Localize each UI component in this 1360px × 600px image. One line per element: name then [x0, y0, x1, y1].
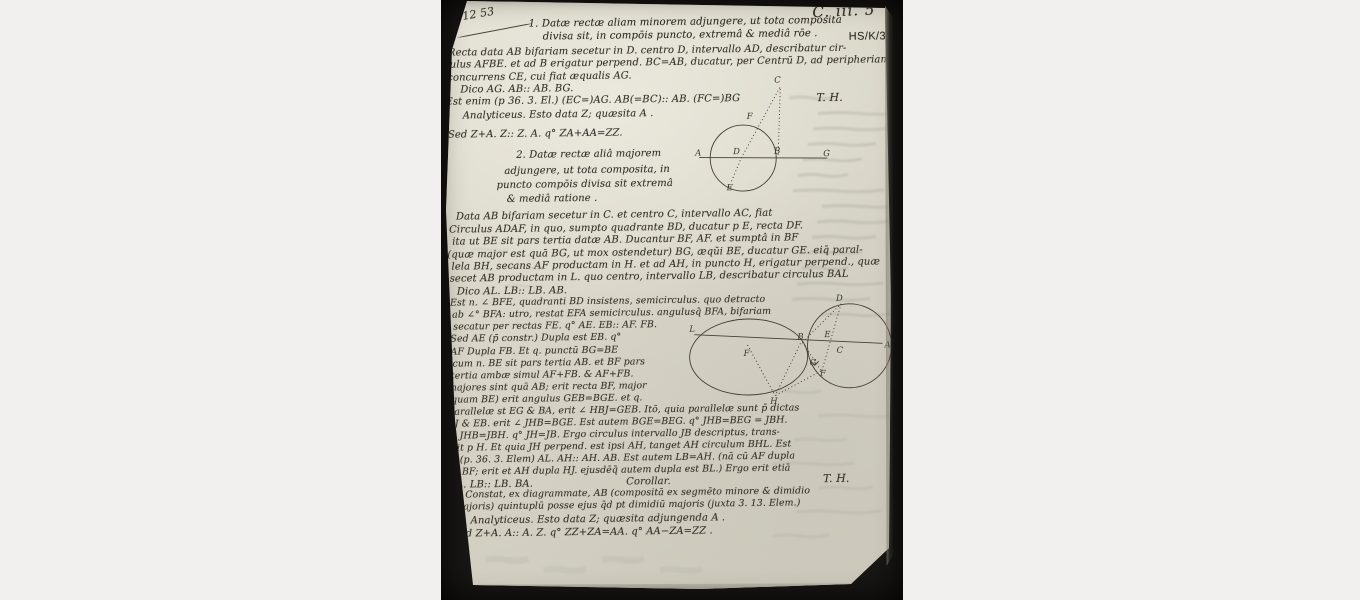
manuscript-line: secatur per rectas FE. q° AE. EB:: AF. F…	[453, 320, 657, 333]
point-label-D: D	[835, 294, 843, 304]
manuscript-line: & mediâ ratione .	[507, 193, 598, 205]
page-content: 12 53 C. iii. 5 HS/K/3/5 1. Datæ rectæ a…	[440, 0, 909, 600]
folio-underline-stroke	[457, 23, 532, 38]
point-label-D: D	[732, 147, 740, 157]
problem1-title-line: divisa sit, in compōis puncto, extremâ &…	[543, 28, 818, 43]
manuscript-photo: 12 53 C. iii. 5 HS/K/3/5 1. Datæ rectæ a…	[441, 0, 903, 600]
manuscript-line: adjungere, ut tota composita, in	[504, 164, 670, 177]
point-label-E: E	[726, 183, 734, 193]
manuscript-line: majoris) quintuplū posse ejus q̄d pt dim…	[454, 498, 800, 513]
point-label-L: L	[688, 325, 695, 335]
manuscript-line: sit BF; erit et AH dupla HJ. ejusdēq̄ au…	[447, 463, 791, 478]
author-initials: T. H.	[823, 473, 849, 485]
archive-image-view: 12 53 C. iii. 5 HS/K/3/5 1. Datæ rectæ a…	[0, 0, 1360, 600]
diagram-circle-2: L F B E C A D H G F	[683, 290, 899, 413]
point-label-F: F	[743, 349, 751, 359]
manuscript-line: Sed AE (p̄ constr.) Dupla est EB. q°	[450, 333, 621, 345]
manuscript-line: concurrens CE, cui fiat æqualis AG.	[447, 70, 632, 83]
point-label-A: A	[694, 149, 701, 159]
manuscript-page: 12 53 C. iii. 5 HS/K/3/5 1. Datæ rectæ a…	[441, 0, 903, 600]
manuscript-line: puncto compōis divisa sit extremâ	[496, 178, 673, 191]
point-label-F2: F	[819, 369, 827, 379]
point-label-G: G	[823, 149, 830, 159]
point-label-C: C	[837, 346, 844, 356]
point-label-C: C	[774, 76, 781, 86]
point-label-E: E	[823, 330, 831, 340]
point-label-B: B	[773, 147, 780, 157]
manuscript-line: Analyticeus. Esto data Z; quæsita adjung…	[471, 512, 726, 526]
manuscript-line: Sed Z+A. A:: A. Z. q° ZZ+ZA=AA. q° AA−ZA…	[453, 525, 713, 539]
manuscript-line: 2. Datæ rectæ aliâ majorem	[516, 148, 661, 161]
point-label-B: B	[796, 332, 803, 342]
diagram-circle-1: A D B G C F E	[688, 70, 840, 197]
point-label-F: F	[746, 112, 754, 122]
manuscript-line: Sed Z+A. Z:: Z. A. q° ZA+AA=ZZ.	[448, 128, 623, 141]
manuscript-line: Analyticeus. Esto data Z; quæsita A .	[463, 108, 654, 121]
folio-number: 12 53	[462, 6, 496, 23]
corollary-heading: Corollar.	[626, 476, 671, 488]
point-label-G: G	[810, 358, 817, 368]
manuscript-line: Dico AG. AB:: AB. BG.	[460, 83, 573, 95]
